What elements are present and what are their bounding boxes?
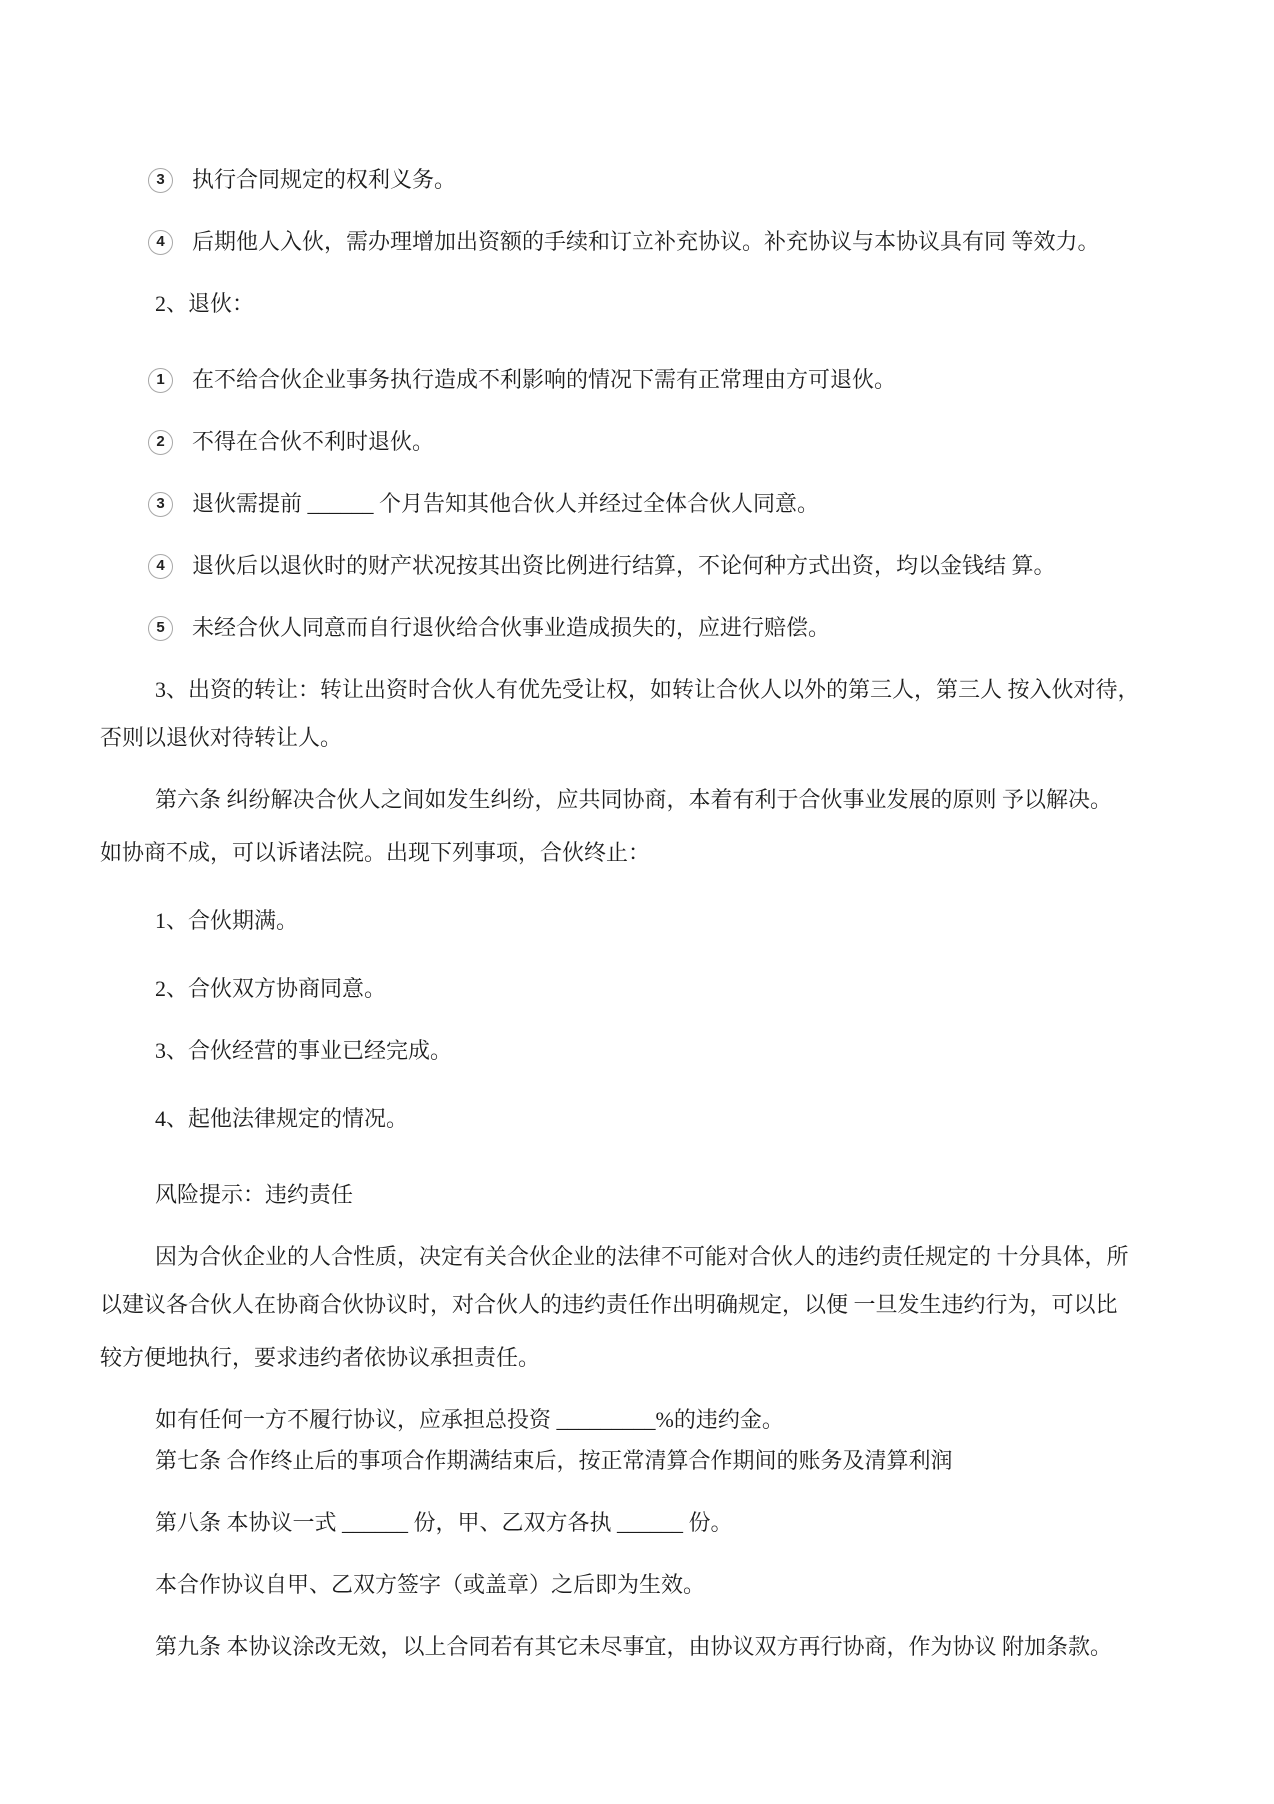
document-line: 如协商不成，可以诉诸法院。出现下列事项，合伙终止： [100, 837, 1196, 869]
line-text: 因为合伙企业的人合性质，决定有关合伙企业的法律不可能对合伙人的违约责任规定的 十… [155, 1241, 1129, 1273]
document-line: 较方便地执行，要求违约者依协议承担责任。 [100, 1342, 1196, 1374]
circled-number-icon: 3 [148, 492, 173, 517]
line-text: 第九条 本协议涂改无效，以上合同若有其它未尽事宜，由协议双方再行协商，作为协议 … [155, 1631, 1112, 1663]
circled-number-icon: 4 [148, 554, 173, 579]
line-text: 3、出资的转让：转让出资时合伙人有优先受让权，如转让合伙人以外的第三人，第三人 … [155, 674, 1140, 706]
document-body: 3执行合同规定的权利义务。4后期他人入伙，需办理增加出资额的手续和订立补充协议。… [100, 164, 1196, 1663]
line-text: 第八条 本协议一式 ______ 份，甲、乙双方各执 ______ 份。 [155, 1507, 733, 1539]
document-line: 3、出资的转让：转让出资时合伙人有优先受让权，如转让合伙人以外的第三人，第三人 … [100, 674, 1196, 706]
document-page: 3执行合同规定的权利义务。4后期他人入伙，需办理增加出资额的手续和订立补充协议。… [0, 0, 1274, 1804]
document-line: 2、合伙双方协商同意。 [100, 973, 1196, 1005]
circled-number-icon: 3 [148, 168, 173, 193]
document-line: 第六条 纠纷解决合伙人之间如发生纠纷，应共同协商，本着有利于合伙事业发展的原则 … [100, 784, 1196, 816]
line-text: 在不给合伙企业事务执行造成不利影响的情况下需有正常理由方可退伙。 [192, 364, 896, 396]
line-text: 以建议各合伙人在协商合伙协议时，对合伙人的违约责任作出明确规定，以便 一旦发生违… [100, 1289, 1118, 1321]
line-text: 3、合伙经营的事业已经完成。 [155, 1035, 452, 1067]
document-list-item: 3退伙需提前 ______ 个月告知其他合伙人并经过全体合伙人同意。 [100, 488, 1196, 520]
line-text: 如有任何一方不履行协议，应承担总投资 _________%的违约金。 [155, 1404, 784, 1436]
document-line: 因为合伙企业的人合性质，决定有关合伙企业的法律不可能对合伙人的违约责任规定的 十… [100, 1241, 1196, 1273]
line-text: 较方便地执行，要求违约者依协议承担责任。 [100, 1342, 540, 1374]
circled-number-icon: 1 [148, 368, 173, 393]
circled-number-icon: 5 [148, 616, 173, 641]
document-line: 第九条 本协议涂改无效，以上合同若有其它未尽事宜，由协议双方再行协商，作为协议 … [100, 1631, 1196, 1663]
line-text: 风险提示：违约责任 [155, 1179, 353, 1211]
line-text: 1、合伙期满。 [155, 905, 298, 937]
circled-number-icon: 2 [148, 430, 173, 455]
line-text: 执行合同规定的权利义务。 [192, 164, 456, 196]
document-line: 如有任何一方不履行协议，应承担总投资 _________%的违约金。 [100, 1404, 1196, 1436]
document-list-item: 4后期他人入伙，需办理增加出资额的手续和订立补充协议。补充协议与本协议具有同 等… [100, 226, 1196, 258]
document-line: 4、起他法律规定的情况。 [100, 1103, 1196, 1135]
document-list-item: 4退伙后以退伙时的财产状况按其出资比例进行结算，不论何种方式出资，均以金钱结 算… [100, 550, 1196, 582]
document-list-item: 3执行合同规定的权利义务。 [100, 164, 1196, 196]
document-line: 1、合伙期满。 [100, 905, 1196, 937]
document-list-item: 2不得在合伙不利时退伙。 [100, 426, 1196, 458]
document-line: 2、退伙： [100, 288, 1196, 320]
document-line: 第七条 合作终止后的事项合作期满结束后，按正常清算合作期间的账务及清算利润 [100, 1445, 1196, 1477]
line-text: 退伙后以退伙时的财产状况按其出资比例进行结算，不论何种方式出资，均以金钱结 算。 [192, 550, 1056, 582]
line-text: 第七条 合作终止后的事项合作期满结束后，按正常清算合作期间的账务及清算利润 [155, 1445, 953, 1477]
document-line: 第八条 本协议一式 ______ 份，甲、乙双方各执 ______ 份。 [100, 1507, 1196, 1539]
line-text: 4、起他法律规定的情况。 [155, 1103, 408, 1135]
line-text: 2、合伙双方协商同意。 [155, 973, 386, 1005]
line-text: 第六条 纠纷解决合伙人之间如发生纠纷，应共同协商，本着有利于合伙事业发展的原则 … [155, 784, 1112, 816]
line-text: 退伙需提前 ______ 个月告知其他合伙人并经过全体合伙人同意。 [192, 488, 819, 520]
line-text: 否则以退伙对待转让人。 [100, 722, 342, 754]
line-text: 不得在合伙不利时退伙。 [192, 426, 434, 458]
line-text: 本合作协议自甲、乙双方签字（或盖章）之后即为生效。 [155, 1569, 705, 1601]
document-list-item: 1在不给合伙企业事务执行造成不利影响的情况下需有正常理由方可退伙。 [100, 364, 1196, 396]
document-line: 否则以退伙对待转让人。 [100, 722, 1196, 754]
document-line: 以建议各合伙人在协商合伙协议时，对合伙人的违约责任作出明确规定，以便 一旦发生违… [100, 1289, 1196, 1321]
line-text: 2、退伙： [155, 288, 254, 320]
circled-number-icon: 4 [148, 230, 173, 255]
document-line: 3、合伙经营的事业已经完成。 [100, 1035, 1196, 1067]
line-text: 未经合伙人同意而自行退伙给合伙事业造成损失的，应进行赔偿。 [192, 612, 830, 644]
document-line: 风险提示：违约责任 [100, 1179, 1196, 1211]
document-line: 本合作协议自甲、乙双方签字（或盖章）之后即为生效。 [100, 1569, 1196, 1601]
line-text: 后期他人入伙，需办理增加出资额的手续和订立补充协议。补充协议与本协议具有同 等效… [192, 226, 1100, 258]
document-list-item: 5未经合伙人同意而自行退伙给合伙事业造成损失的，应进行赔偿。 [100, 612, 1196, 644]
line-text: 如协商不成，可以诉诸法院。出现下列事项，合伙终止： [100, 837, 650, 869]
